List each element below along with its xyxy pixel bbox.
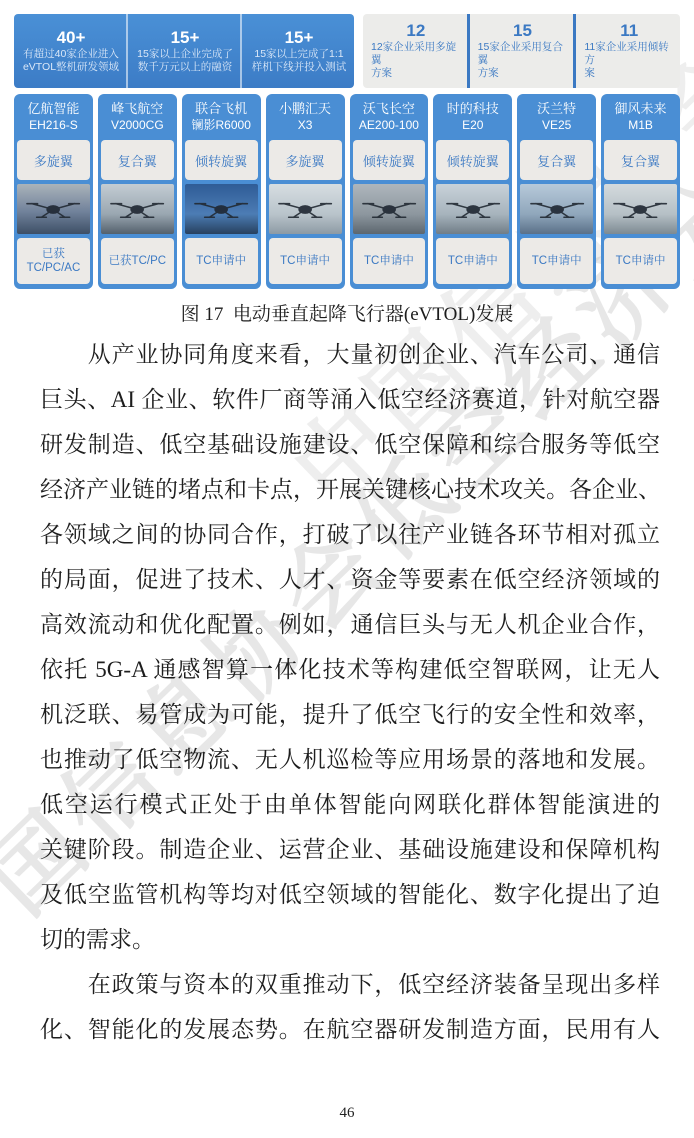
company-name: 时的科技 <box>436 100 509 117</box>
paragraph: 从产业协同角度来看，大量初创企业、汽车公司、通信巨头、AI 企业、软件厂商等涌入… <box>40 332 660 962</box>
paragraph: 在政策与资本的双重推动下，低空经济装备呈现出多样化、智能化的发展态势。在航空器研… <box>40 962 660 1052</box>
evtol-aircraft-icon <box>276 192 334 227</box>
certification-status: TC申请中 <box>436 238 509 284</box>
document-page: 中国信息协会低空经济分会 中国信息协会低空经济分会 40+ 有超过40家企业进入… <box>0 0 694 1138</box>
evtol-aircraft-icon <box>24 192 82 227</box>
text-line: 经济产业链的堵点和卡点，开展关键核心技术攻关。各企业、 <box>40 467 660 512</box>
body-text: 从产业协同角度来看，大量初创企业、汽车公司、通信巨头、AI 企业、软件厂商等涌入… <box>40 332 660 1052</box>
certification-status: TC申请中 <box>185 238 258 284</box>
text-line: 及低空监管机构等均对低空领域的智能化、数字化提出了迫 <box>40 872 660 917</box>
company-name: 沃兰特 <box>520 100 593 117</box>
card-header: 时的科技 E20 <box>436 98 509 136</box>
wing-type-label: 多旋翼 <box>17 140 90 180</box>
aircraft-model: X3 <box>269 117 342 134</box>
stat-value: 11 <box>584 20 674 41</box>
stat-item: 40+ 有超过40家企业进入 eVTOL整机研发领域 <box>14 14 126 88</box>
aircraft-model: VE25 <box>520 117 593 134</box>
card-header: 沃飞长空 AE200-100 <box>353 98 426 136</box>
stat-item: 15 15家企业采用复合翼 方案 <box>467 14 574 88</box>
aircraft-model: V2000CG <box>101 117 174 134</box>
certification-status: 已获 TC/PC/AC <box>17 238 90 284</box>
aircraft-model: 镧影R6000 <box>185 117 258 134</box>
company-name: 峰飞航空 <box>101 100 174 117</box>
card-header: 峰飞航空 V2000CG <box>101 98 174 136</box>
company-name: 沃飞长空 <box>353 100 426 117</box>
evtol-aircraft-icon <box>528 192 586 227</box>
aircraft-photo <box>101 184 174 234</box>
certification-status: TC申请中 <box>353 238 426 284</box>
aircraft-photo <box>353 184 426 234</box>
stat-description: 有超过40家企业进入 eVTOL整机研发领域 <box>22 48 120 74</box>
wing-type-label: 倾转旋翼 <box>185 140 258 180</box>
stat-value: 15 <box>478 20 568 41</box>
aircraft-photo <box>604 184 677 234</box>
wing-type-label: 复合翼 <box>520 140 593 180</box>
cards-row: 亿航智能 EH216-S 多旋翼 已获 TC/PC/AC 峰飞航空 V2000C… <box>14 94 680 289</box>
wing-type-label: 倾转旋翼 <box>353 140 426 180</box>
wing-type-label: 倾转旋翼 <box>436 140 509 180</box>
evtol-company-card: 沃飞长空 AE200-100 倾转旋翼 TC申请中 <box>350 94 429 289</box>
evtol-company-card: 亿航智能 EH216-S 多旋翼 已获 TC/PC/AC <box>14 94 93 289</box>
company-name: 亿航智能 <box>17 100 90 117</box>
certification-status: TC申请中 <box>520 238 593 284</box>
aircraft-model: AE200-100 <box>353 117 426 134</box>
text-line: 从产业协同角度来看，大量初创企业、汽车公司、通信 <box>40 332 660 377</box>
wing-type-label: 复合翼 <box>101 140 174 180</box>
text-line: 研发制造、低空基础设施建设、低空保障和综合服务等低空 <box>40 422 660 467</box>
stat-description: 15家企业采用复合翼 方案 <box>478 41 568 80</box>
evtol-company-card: 沃兰特 VE25 复合翼 TC申请中 <box>517 94 596 289</box>
stat-description: 15家以上完成了1:1 样机下线并投入测试 <box>250 48 348 74</box>
stat-description: 15家以上企业完成了 数千万元以上的融资 <box>136 48 234 74</box>
certification-status: 已获TC/PC <box>101 238 174 284</box>
text-line: 高效流动和优化配置。例如，通信巨头与无人机企业合作， <box>40 602 660 647</box>
card-header: 沃兰特 VE25 <box>520 98 593 136</box>
stat-value: 40+ <box>22 27 120 48</box>
aircraft-photo <box>520 184 593 234</box>
card-header: 亿航智能 EH216-S <box>17 98 90 136</box>
aircraft-photo <box>185 184 258 234</box>
stats-blue: 40+ 有超过40家企业进入 eVTOL整机研发领域 15+ 15家以上企业完成… <box>14 14 354 88</box>
aircraft-photo <box>17 184 90 234</box>
stat-value: 15+ <box>136 27 234 48</box>
evtol-aircraft-icon <box>192 192 250 227</box>
stat-item: 15+ 15家以上企业完成了 数千万元以上的融资 <box>126 14 240 88</box>
wing-type-label: 多旋翼 <box>269 140 342 180</box>
evtol-company-card: 联合飞机 镧影R6000 倾转旋翼 TC申请中 <box>182 94 261 289</box>
stats-row: 40+ 有超过40家企业进入 eVTOL整机研发领域 15+ 15家以上企业完成… <box>14 14 680 88</box>
evtol-company-card: 小鹏汇天 X3 多旋翼 TC申请中 <box>266 94 345 289</box>
stat-description: 12家企业采用多旋翼 方案 <box>371 41 461 80</box>
evtol-aircraft-icon <box>360 192 418 227</box>
evtol-aircraft-icon <box>444 192 502 227</box>
stat-value: 15+ <box>250 27 348 48</box>
aircraft-photo <box>436 184 509 234</box>
text-line: 的局面，促进了技术、人才、资金等要素在低空经济领域的 <box>40 557 660 602</box>
stats-gray: 12 12家企业采用多旋翼 方案 15 15家企业采用复合翼 方案 11 11家… <box>363 14 680 88</box>
aircraft-model: EH216-S <box>17 117 90 134</box>
certification-status: TC申请中 <box>604 238 677 284</box>
stat-description: 11家企业采用倾转方 案 <box>584 41 674 80</box>
company-name: 御风未来 <box>604 100 677 117</box>
stat-item: 15+ 15家以上完成了1:1 样机下线并投入测试 <box>240 14 354 88</box>
evtol-company-card: 峰飞航空 V2000CG 复合翼 已获TC/PC <box>98 94 177 289</box>
text-line: 切的需求。 <box>40 917 660 962</box>
evtol-company-card: 御风未来 M1B 复合翼 TC申请中 <box>601 94 680 289</box>
text-line: 低空运行模式正处于由单体智能向网联化群体智能演进的 <box>40 782 660 827</box>
text-line: 化、智能化的发展态势。在航空器研发制造方面，民用有人 <box>40 1007 660 1052</box>
card-header: 御风未来 M1B <box>604 98 677 136</box>
card-header: 小鹏汇天 X3 <box>269 98 342 136</box>
evtol-company-card: 时的科技 E20 倾转旋翼 TC申请中 <box>433 94 512 289</box>
wing-type-label: 复合翼 <box>604 140 677 180</box>
stat-item: 11 11家企业采用倾转方 案 <box>573 14 680 88</box>
certification-status: TC申请中 <box>269 238 342 284</box>
text-line: 依托 5G-A 通感智算一体化技术等构建低空智联网，让无人 <box>40 647 660 692</box>
text-line: 机泛联、易管成为可能，提升了低空飞行的安全性和效率， <box>40 692 660 737</box>
evtol-infographic: 40+ 有超过40家企业进入 eVTOL整机研发领域 15+ 15家以上企业完成… <box>0 0 694 289</box>
text-line: 也推动了低空物流、无人机巡检等应用场景的落地和发展。 <box>40 737 660 782</box>
text-line: 关键阶段。制造企业、运营企业、基础设施建设和保障机构 <box>40 827 660 872</box>
stat-item: 12 12家企业采用多旋翼 方案 <box>363 14 467 88</box>
card-header: 联合飞机 镧影R6000 <box>185 98 258 136</box>
evtol-aircraft-icon <box>611 192 669 227</box>
company-name: 小鹏汇天 <box>269 100 342 117</box>
company-name: 联合飞机 <box>185 100 258 117</box>
figure-caption: 图 17 电动垂直起降飞行器(eVTOL)发展 <box>0 301 694 329</box>
aircraft-photo <box>269 184 342 234</box>
text-line: 各领域之间的协同合作，打破了以往产业链各环节相对孤立 <box>40 512 660 557</box>
evtol-aircraft-icon <box>108 192 166 227</box>
aircraft-model: E20 <box>436 117 509 134</box>
text-line: 在政策与资本的双重推动下，低空经济装备呈现出多样 <box>40 962 660 1007</box>
stat-value: 12 <box>371 20 461 41</box>
page-number: 46 <box>0 1105 694 1122</box>
text-line: 巨头、AI 企业、软件厂商等涌入低空经济赛道，针对航空器 <box>40 377 660 422</box>
aircraft-model: M1B <box>604 117 677 134</box>
